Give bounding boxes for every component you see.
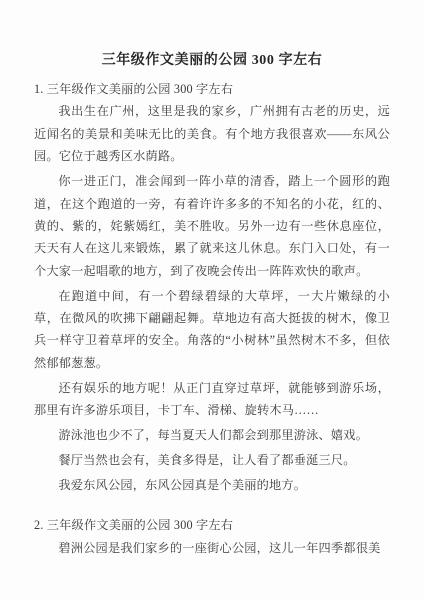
essay-paragraph: 在跑道中间，有一个碧绿碧绿的大草坪，一大片嫩绿的小草，在微风的吹拂下翩翩起舞。草… <box>34 285 390 375</box>
section-2-paragraphs: 碧洲公园是我们家乡的一座街心公园，这儿一年四季都很美 <box>34 537 390 559</box>
essay-paragraph: 我出生在广州，这里是我的家乡，广州拥有古老的历史，远近闻名的美景和美味无比的美食… <box>34 100 390 167</box>
essay-section-1: 1. 三年级作文美丽的公园 300 字左右 我出生在广州，这里是我的家乡，广州拥… <box>34 78 390 496</box>
essay-paragraph: 游泳池也少不了，每当夏天人们都会到那里游泳、嬉戏。 <box>34 424 390 446</box>
essay-section-2: 2. 三年级作文美丽的公园 300 字左右 碧洲公园是我们家乡的一座街心公园，这… <box>34 514 390 559</box>
essay-paragraph: 还有娱乐的地方呢！从正门直穿过草坪，就能够到游乐场，那里有许多游乐项目，卡丁车、… <box>34 377 390 422</box>
section-2-heading: 2. 三年级作文美丽的公园 300 字左右 <box>34 514 390 536</box>
essay-paragraph: 你一进正门，准会闻到一阵小草的清香，踏上一个圆形的跑道，在这个跑道的一旁，有着许… <box>34 170 390 282</box>
document-page: 三年级作文美丽的公园 300 字左右 1. 三年级作文美丽的公园 300 字左右… <box>0 0 424 600</box>
essay-paragraph: 餐厅当然也会有，美食多得是，让人看了都垂涎三尺。 <box>34 449 390 471</box>
section-1-heading: 1. 三年级作文美丽的公园 300 字左右 <box>34 78 390 100</box>
document-title: 三年级作文美丽的公园 300 字左右 <box>34 50 390 72</box>
essay-paragraph: 碧洲公园是我们家乡的一座街心公园，这儿一年四季都很美 <box>34 537 390 559</box>
section-1-paragraphs: 我出生在广州，这里是我的家乡，广州拥有古老的历史，远近闻名的美景和美味无比的美食… <box>34 100 390 496</box>
essay-paragraph: 我爱东风公园，东风公园真是个美丽的地方。 <box>34 474 390 496</box>
